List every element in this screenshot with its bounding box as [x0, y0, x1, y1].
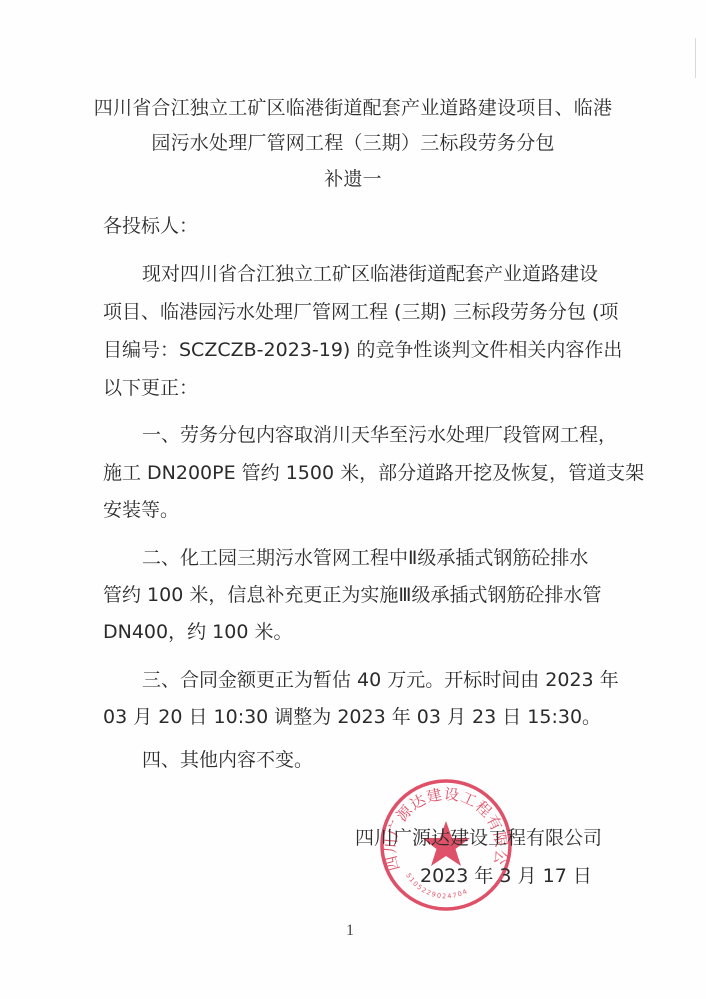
document-title-line-1: 四川省合江独立工矿区临港街道配套产业道路建设项目、临港	[0, 93, 706, 120]
item-2-line-3: DN400，约 100 米。	[103, 617, 292, 644]
signature-date: 2023 年 3 月 17 日	[420, 861, 592, 888]
salutation: 各投标人：	[103, 211, 198, 238]
document-subtitle-addendum: 补遗一	[0, 164, 706, 191]
item-3-line-1: 三、合同金额更正为暂估 40 万元。开标时间由 2023 年	[142, 665, 619, 692]
item-3-line-2: 03 月 20 日 10:30 调整为 2023 年 03 月 23 日 15:…	[103, 702, 601, 729]
intro-line-3: 目编号：SCZCZB-2023-19) 的竞争性谈判文件相关内容作出	[103, 335, 622, 362]
page-number: 1	[346, 922, 354, 940]
item-2-line-2: 管约 100 米，信息补充更正为实施Ⅲ级承插式钢筋砼排水管	[103, 580, 601, 607]
item-1-line-3: 安装等。	[103, 495, 179, 522]
item-1-line-2: 施工 DN200PE 管约 1500 米，部分道路开挖及恢复，管道支架	[103, 458, 644, 485]
intro-line-4: 以下更正：	[103, 373, 198, 400]
signature-company: 四川广源达建设工程有限公司	[355, 823, 602, 850]
intro-line-2: 项目、临港园污水处理厂管网工程 (三期) 三标段劳务分包 (项	[103, 297, 618, 324]
item-1-line-1: 一、劳务分包内容取消川天华至污水处理厂段管网工程，	[142, 420, 617, 447]
scan-edge-artifact	[695, 38, 696, 78]
document-title-line-2: 园污水处理厂管网工程（三期）三标段劳务分包	[0, 128, 706, 155]
item-2-line-1: 二、化工园三期污水管网工程中Ⅱ级承插式钢筋砼排水	[142, 543, 588, 570]
intro-line-1: 现对四川省合江独立工矿区临港街道配套产业道路建设	[142, 259, 598, 286]
item-4-line-1: 四、其他内容不变。	[142, 745, 313, 772]
document-page: 四川省合江独立工矿区临港街道配套产业道路建设项目、临港 园污水处理厂管网工程（三…	[0, 0, 706, 999]
